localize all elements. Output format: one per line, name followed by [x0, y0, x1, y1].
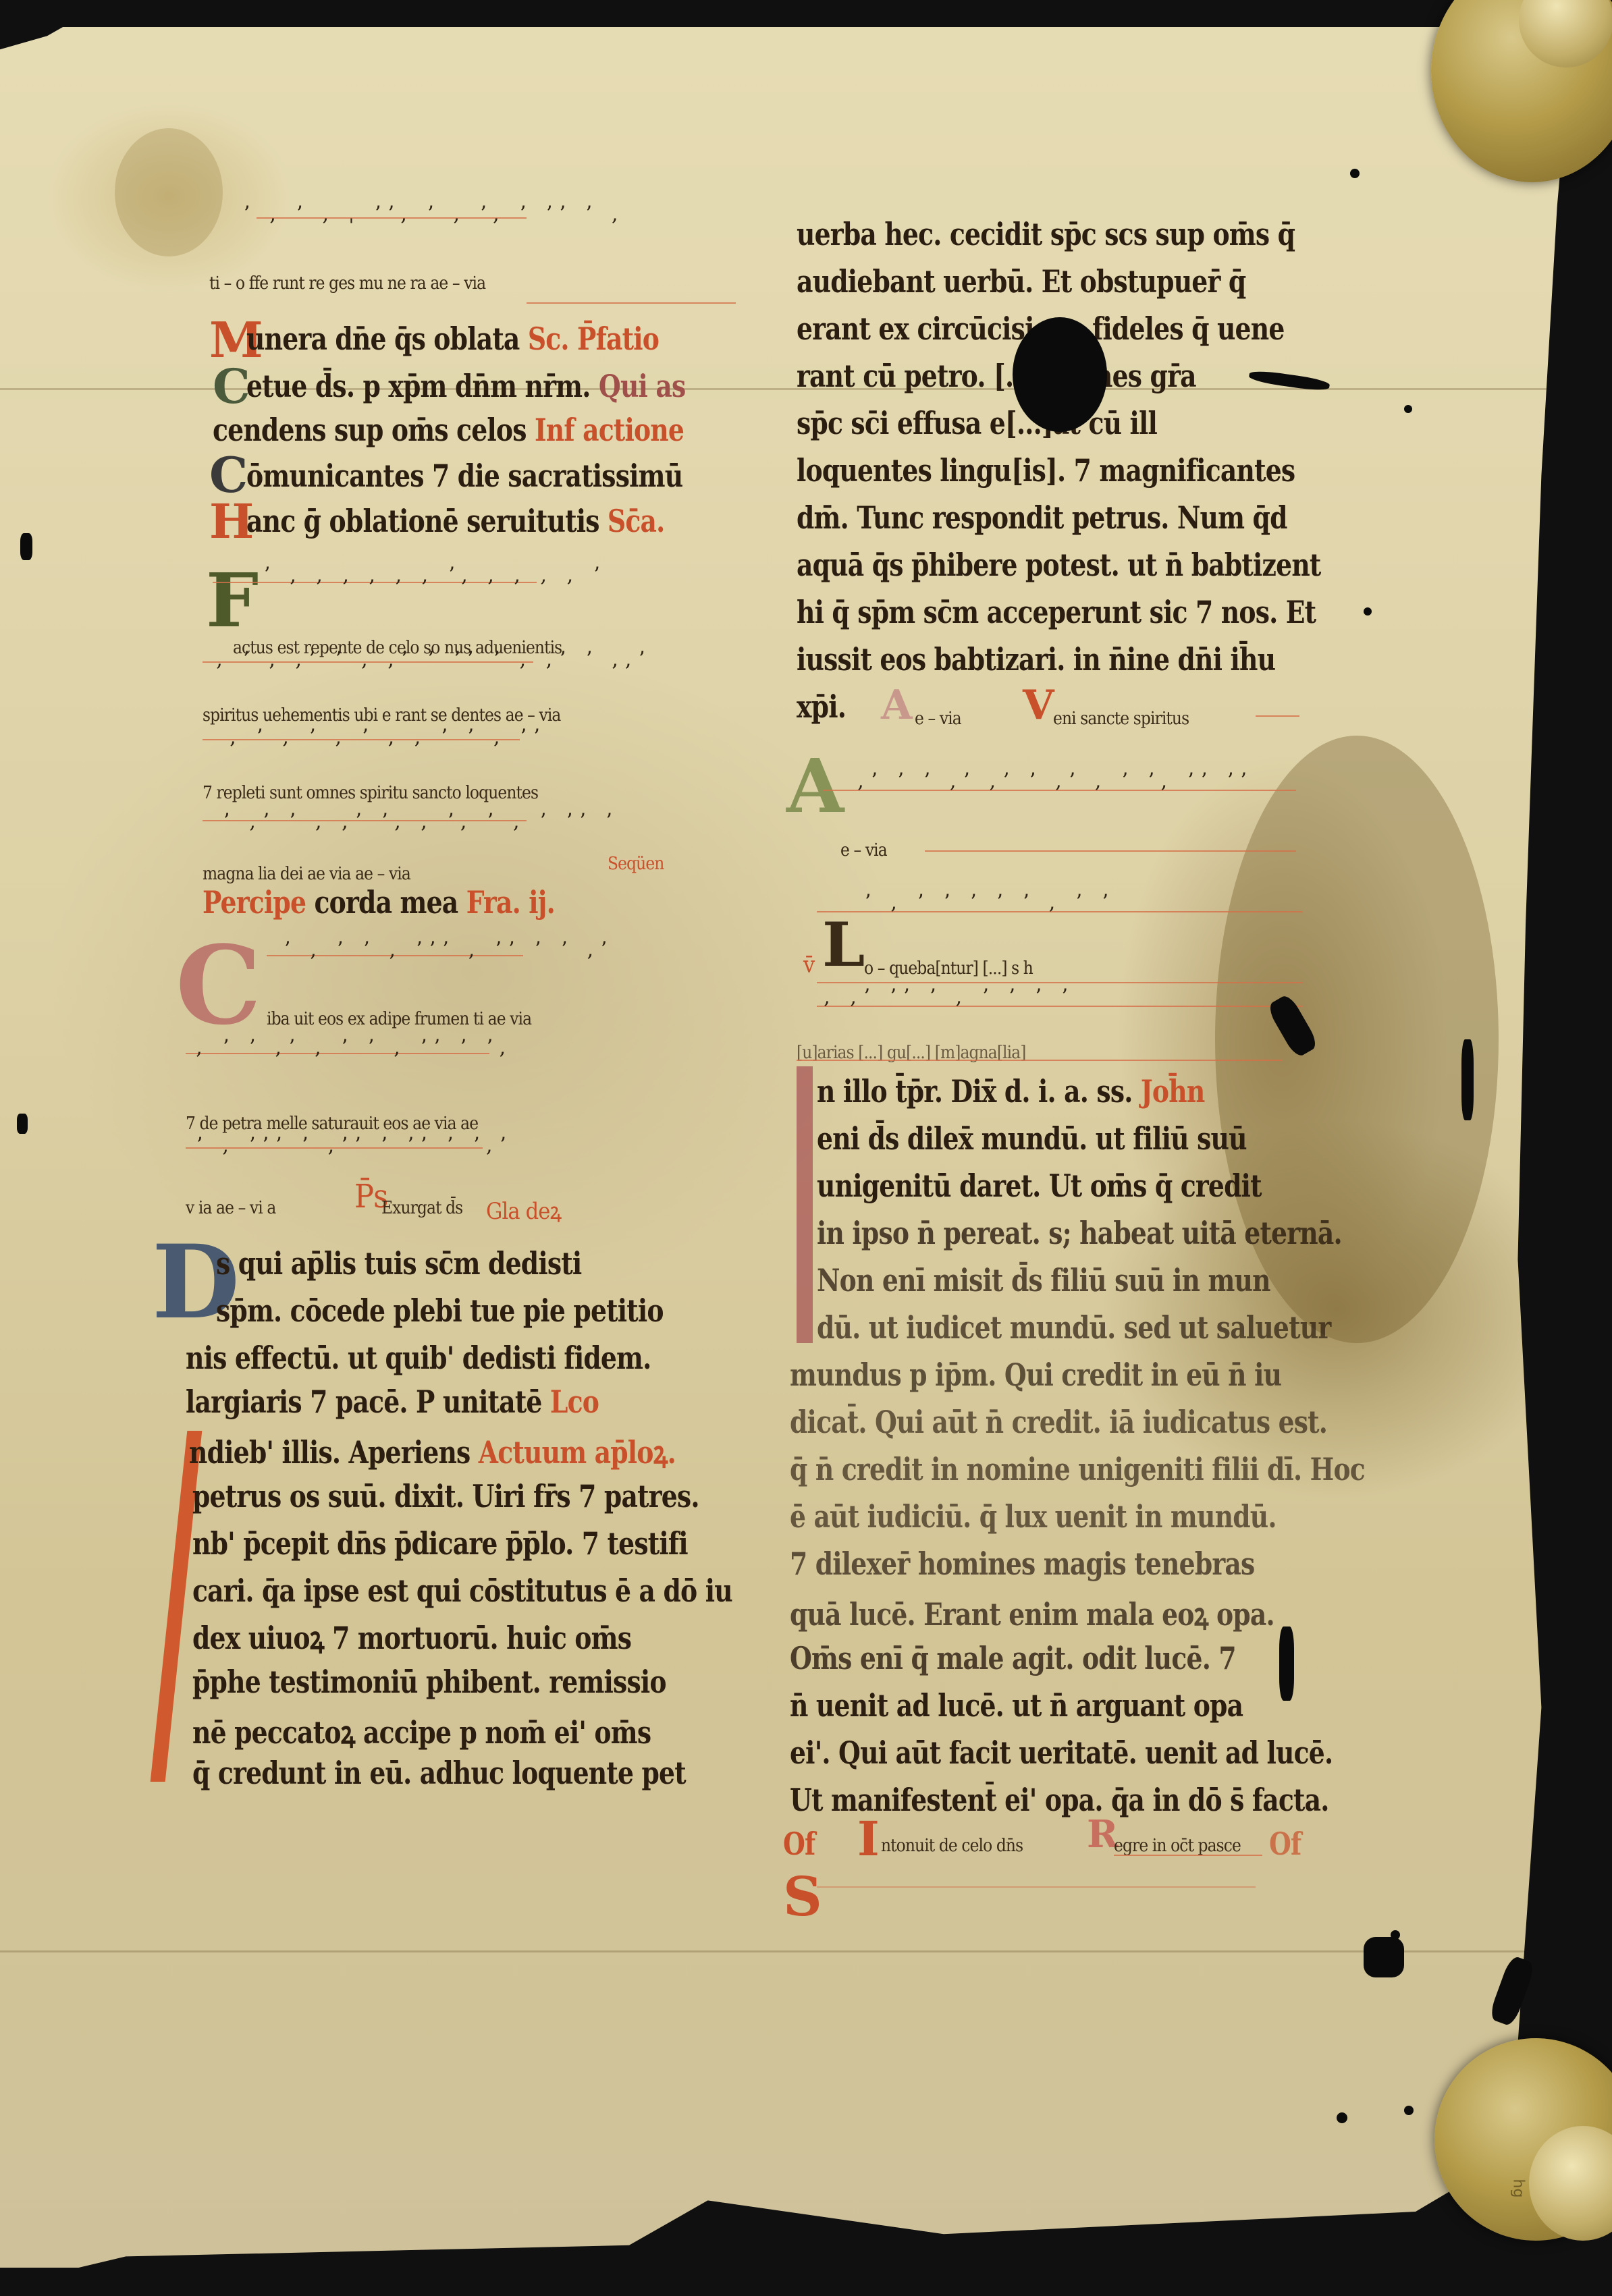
burn-hole — [1013, 317, 1107, 432]
chant-text: 7 de petra melle saturauit eos ae via ae — [186, 1114, 478, 1134]
gospel-line: mundus p ip̄m. Qui credit in eū n̄ iu — [790, 1357, 1281, 1393]
verse-rubric: v̄ — [803, 952, 814, 979]
prayer-line: anc ḡ oblationē seruitutis Sc̄a. — [246, 503, 664, 539]
psalm-incipit: Exurgat d̄s — [381, 1198, 462, 1218]
tear — [1279, 1627, 1294, 1701]
fold-line — [0, 1950, 1573, 1952]
lection-line: audiebant uerbū. Et obstupuer̄ q̄ — [797, 263, 1245, 300]
sequence-rubric: Seqüen — [608, 854, 664, 874]
chant-text: e – via — [840, 840, 887, 860]
lection-line: nē peccatoꝝ accipe p nom̄ ei' om̄s — [192, 1711, 651, 1753]
initial-c: C — [209, 451, 248, 499]
gospel-line: Non enī misit d̄s filiū suū in mun — [817, 1262, 1270, 1299]
prayer-line: largiaris 7 pacē. P unitatē Lco — [186, 1384, 599, 1420]
gloria-rubric: Gla deꝝ — [486, 1195, 561, 1226]
tear — [1364, 1937, 1404, 1977]
gospel-line: dū. ut iudicet mundū. sed ut saluetur — [817, 1309, 1331, 1346]
gospel-line: ei'. Qui aūt facit ueritatē. uenit ad lu… — [790, 1734, 1333, 1771]
lection-line: sp̄c sc̄i effusa e[...]at cū ill — [797, 405, 1157, 441]
chant-text: v ia ae – vi a — [186, 1198, 275, 1218]
weight-knob — [1519, 0, 1612, 67]
lection-line: cari. q̄a ipse est qui cōstitutus ē a dō… — [192, 1573, 732, 1609]
lection-line: xp̄i. — [797, 688, 846, 725]
chant-text: 7 repleti sunt omnes spiritu sancto loqu… — [203, 783, 538, 803]
puncture — [1404, 405, 1412, 413]
gospel-line: in ipso n̄ pereat. s; habeat uitā eternā… — [817, 1215, 1342, 1251]
lection-line: hi q̄ sp̄m sc̄m acceperunt sic 7 nos. Et — [797, 594, 1316, 630]
prayer-line: etue d̄s. p xp̄m dn̄m nr̄m. Qui as — [246, 368, 685, 404]
lection-line: p̄phe testimoniū phibent. remissio — [192, 1664, 666, 1700]
chant-text: spiritus uehementis ubi e rant se dentes… — [203, 705, 560, 726]
gospel-line: unigenitū daret. Ut om̄s q̄ credit — [817, 1168, 1262, 1204]
gospel-line: 7 dilexer̄ homines magis tenebras — [790, 1546, 1254, 1582]
initial-v: V — [1023, 685, 1054, 726]
chant-text: eni sancte spiritus — [1053, 709, 1189, 729]
weight-engraving: hg — [1509, 2179, 1526, 2198]
initial-a-green: A — [786, 749, 844, 823]
gospel-line: n̄ uenit ad lucē. ut n̄ arguant opa — [790, 1687, 1243, 1724]
chant-text: iba uit eos ex adipe frumen ti ae via — [267, 1009, 531, 1029]
prayer-line: unera dn̄e q̄s oblata Sc. P̄fatio — [246, 321, 659, 357]
gospel-line: n illo t̄p̄r. Dix̄ d. i. a. ss. Joh̄n — [817, 1073, 1204, 1110]
puncture — [17, 1114, 28, 1134]
gospel-line: dicat̄. Qui aūt n̄ credit. iā iudicatus … — [790, 1404, 1327, 1440]
offertory-rubric: Of — [1269, 1826, 1301, 1862]
puncture — [1337, 2112, 1347, 2123]
puncture — [1364, 607, 1372, 616]
water-stain — [115, 128, 223, 256]
lection-line: petrus os suū. dixit. Uiri fr̄s 7 patres… — [192, 1478, 699, 1514]
initial-c: C — [213, 363, 250, 410]
chant-text: egre in oc̄t pasce — [1114, 1836, 1241, 1856]
initial-c-large: C — [176, 931, 261, 1039]
prayer-line: s qui ap̄lis tuis sc̄m dedisti — [216, 1245, 581, 1282]
prayer-line: nis effectū. ut quib' dedisti fidem. — [186, 1340, 651, 1376]
gospel-line: q̄ n̄ credit in nomine unigeniti filii d… — [790, 1451, 1365, 1487]
lection-line: nb' p̄cepit dn̄s p̄dicare p̄p̄lo. 7 test… — [192, 1525, 688, 1562]
puncture — [1404, 2106, 1414, 2115]
gospel-line: quā lucē. Erant enim mala eoꝝ opa. — [790, 1593, 1274, 1635]
offertory-rubric: Of — [783, 1826, 815, 1862]
initial-f: F — [206, 564, 259, 638]
chant-text: e – via — [915, 709, 961, 729]
puncture — [20, 533, 32, 560]
gospel-line: Om̄s enī q̄ male agit. odit lucē. 7 — [790, 1640, 1236, 1676]
weight-knob — [1529, 2126, 1612, 2241]
chant-text: ntonuit de celo dn̄s — [881, 1836, 1023, 1856]
lection-line: ndieb' illis. Aperiens Actuum ap̄loꝝ. — [189, 1431, 676, 1473]
gospel-line: ē aūt iudiciū. q̄ lux uenit in mundū. — [790, 1498, 1277, 1535]
chant-text: o – queba[ntur] [...] s h — [864, 958, 1033, 979]
rubric-line: Percipe corda mea Fra. ij. — [203, 884, 555, 921]
prayer-line: cendens sup om̄s celos Inf actione — [213, 412, 684, 448]
chant-text: ti – o ffe runt re ges mu ne ra ae – via — [209, 273, 485, 294]
gospel-line: eni d̄s dilex̄ mundū. ut filiū suū — [817, 1120, 1247, 1157]
initial-l: L — [822, 914, 865, 975]
water-stain — [1215, 736, 1499, 1343]
lection-line: dm̄. Tunc respondit petrus. Num q̄d — [797, 499, 1287, 536]
prayer-line: sp̄m. cōcede plebi tue pie petitio — [216, 1292, 664, 1329]
lection-line: q̄ credunt in eū. adhuc loquente pet — [192, 1755, 686, 1791]
initial-s: S — [783, 1869, 822, 1923]
lection-line: iussit eos babtizari. in n̄ine dn̄i ih̄u — [797, 641, 1275, 678]
tear — [1461, 1039, 1474, 1120]
initial-a-alleluia: A — [881, 685, 913, 726]
lection-line: uerba hec. cecidit sp̄c scs sup om̄s q̄ — [797, 216, 1295, 252]
lection-line: aquā q̄s p̄hibere potest. ut n̄ babtizen… — [797, 547, 1321, 583]
lection-line: loquentes lingu[is]. 7 magnificantes — [797, 452, 1295, 489]
puncture — [1350, 169, 1360, 178]
lection-line: rant cū petro. [...]ationes gr̄a — [797, 358, 1196, 394]
initial-i: I — [857, 1815, 880, 1863]
initial-i-red-bar — [797, 1066, 813, 1343]
chant-text: magna lia dei ae via ae – via — [203, 864, 410, 884]
lection-line: dex uiuoꝝ 7 mortuorū. huic om̄s — [192, 1616, 631, 1658]
prayer-line: ōmunicantes 7 die sacratissimū — [246, 458, 682, 494]
manuscript-leaf: ʼ ‚ ʼ ‚ ˌ ʼʼ‚ ʼ ‚ ʼ‚ ʼ ʼʼ ʼ ‚ ti – o ffe… — [0, 27, 1573, 2268]
